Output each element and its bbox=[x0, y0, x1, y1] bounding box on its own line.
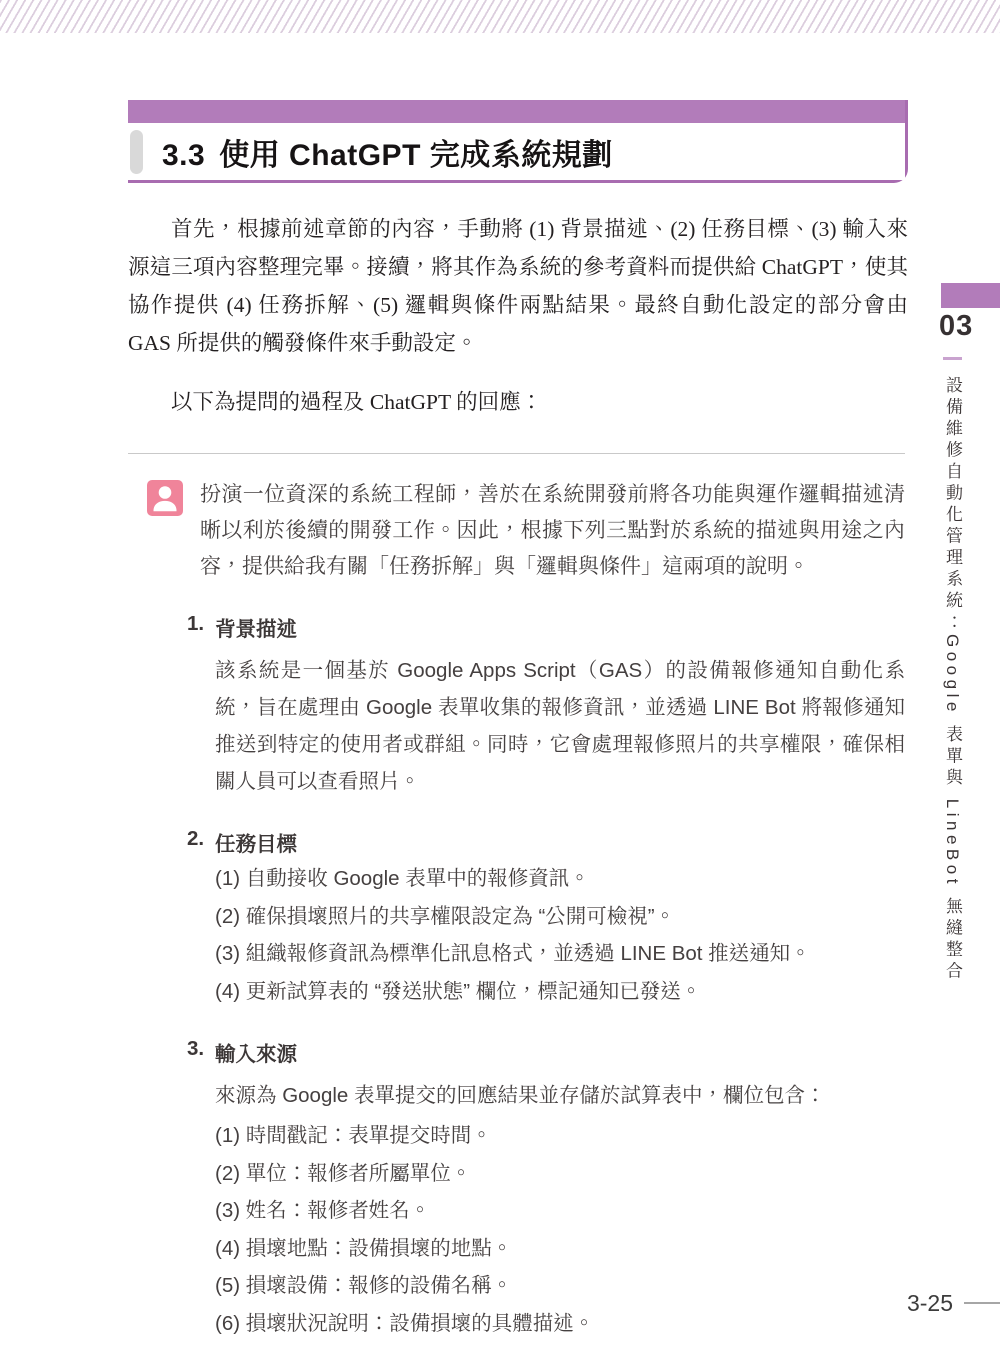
footer-rule bbox=[964, 1302, 1000, 1304]
list-section-header: 1. 背景描述 bbox=[187, 612, 905, 642]
list-item: (6) 損壞狀況說明：設備損壞的具體描述。 bbox=[215, 1305, 905, 1343]
page-number: 3-25 bbox=[907, 1290, 953, 1317]
list-number: 2. bbox=[187, 827, 215, 857]
list-item: (4) 更新試算表的 “發送狀態” 欄位，標記通知已發送。 bbox=[215, 973, 905, 1011]
section-header: 3.3使用 ChatGPT 完成系統規劃 bbox=[128, 100, 908, 183]
chapter-title-vertical: 設備維修自動化管理系統：Google 表單與 LineBot 無縫整合 bbox=[940, 376, 965, 1276]
section-header-bar bbox=[128, 100, 905, 123]
user-avatar-icon bbox=[147, 480, 183, 516]
list-body: 來源為 Google 表單提交的回應結果並存儲於試算表中，欄位包含： bbox=[215, 1077, 905, 1114]
header-accent-pill bbox=[130, 130, 143, 174]
list-body: 該系統是一個基於 Google Apps Script（GAS）的設備報修通知自… bbox=[215, 652, 905, 800]
main-content: 3.3使用 ChatGPT 完成系統規劃 首先，根據前述章節的內容，手動將 (1… bbox=[128, 100, 908, 1342]
prompt-item-list: 1. 背景描述 該系統是一個基於 Google Apps Script（GAS）… bbox=[128, 612, 905, 1342]
list-section-header: 2. 任務目標 bbox=[187, 827, 905, 857]
list-section-input-source: 3. 輸入來源 來源為 Google 表單提交的回應結果並存儲於試算表中，欄位包… bbox=[187, 1037, 905, 1342]
list-item: (1) 自動接收 Google 表單中的報修資訊。 bbox=[215, 860, 905, 898]
list-number: 1. bbox=[187, 612, 215, 642]
section-title-text: 使用 ChatGPT 完成系統規劃 bbox=[219, 139, 613, 172]
book-page: 3.3使用 ChatGPT 完成系統規劃 首先，根據前述章節的內容，手動將 (1… bbox=[0, 0, 1000, 1353]
list-item: (4) 損壞地點：設備損壞的地點。 bbox=[215, 1230, 905, 1268]
section-number: 3.3 bbox=[162, 139, 205, 172]
list-item: (1) 時間戳記：表單提交時間。 bbox=[215, 1117, 905, 1155]
list-item: (3) 姓名：報修者姓名。 bbox=[215, 1192, 905, 1230]
list-label: 輸入來源 bbox=[215, 1037, 297, 1067]
prompt-text: 扮演一位資深的系統工程師，善於在系統開發前將各功能與運作邏輯描述清晰以利於後續的… bbox=[200, 477, 905, 585]
list-item: (2) 確保損壞照片的共享權限設定為 “公開可檢視”。 bbox=[215, 898, 905, 936]
chapter-rule bbox=[943, 357, 962, 360]
list-label: 背景描述 bbox=[215, 612, 297, 642]
list-section-goals: 2. 任務目標 (1) 自動接收 Google 表單中的報修資訊。(2) 確保損… bbox=[187, 827, 905, 1010]
chapter-tab-marker bbox=[941, 283, 1000, 308]
list-item: (5) 損壞設備：報修的設備名稱。 bbox=[215, 1267, 905, 1305]
section-title: 3.3使用 ChatGPT 完成系統規劃 bbox=[162, 130, 613, 174]
sub-item-list: (1) 自動接收 Google 表單中的報修資訊。(2) 確保損壞照片的共享權限… bbox=[215, 860, 905, 1010]
list-item: (3) 組織報修資訊為標準化訊息格式，並透過 LINE Bot 推送通知。 bbox=[215, 935, 905, 973]
intro-paragraph: 首先，根據前述章節的內容，手動將 (1) 背景描述、(2) 任務目標、(3) 輸… bbox=[128, 210, 908, 362]
list-section-background: 1. 背景描述 該系統是一個基於 Google Apps Script（GAS）… bbox=[187, 612, 905, 800]
chapter-number: 03 bbox=[939, 310, 999, 343]
list-section-header: 3. 輸入來源 bbox=[187, 1037, 905, 1067]
intro-block: 首先，根據前述章節的內容，手動將 (1) 背景描述、(2) 任務目標、(3) 輸… bbox=[128, 210, 908, 421]
list-number: 3. bbox=[187, 1037, 215, 1067]
list-item: (2) 單位：報修者所屬單位。 bbox=[215, 1155, 905, 1193]
sub-item-list: (1) 時間戳記：表單提交時間。(2) 單位：報修者所屬單位。(3) 姓名：報修… bbox=[215, 1117, 905, 1342]
decorative-stripe-banner bbox=[0, 0, 1000, 33]
list-label: 任務目標 bbox=[215, 827, 297, 857]
section-divider bbox=[128, 453, 905, 454]
section-header-title-row: 3.3使用 ChatGPT 完成系統規劃 bbox=[128, 123, 905, 180]
intro-lead-in: 以下為提問的過程及 ChatGPT 的回應： bbox=[128, 383, 908, 421]
chat-prompt-row: 扮演一位資深的系統工程師，善於在系統開發前將各功能與運作邏輯描述清晰以利於後續的… bbox=[128, 477, 908, 585]
